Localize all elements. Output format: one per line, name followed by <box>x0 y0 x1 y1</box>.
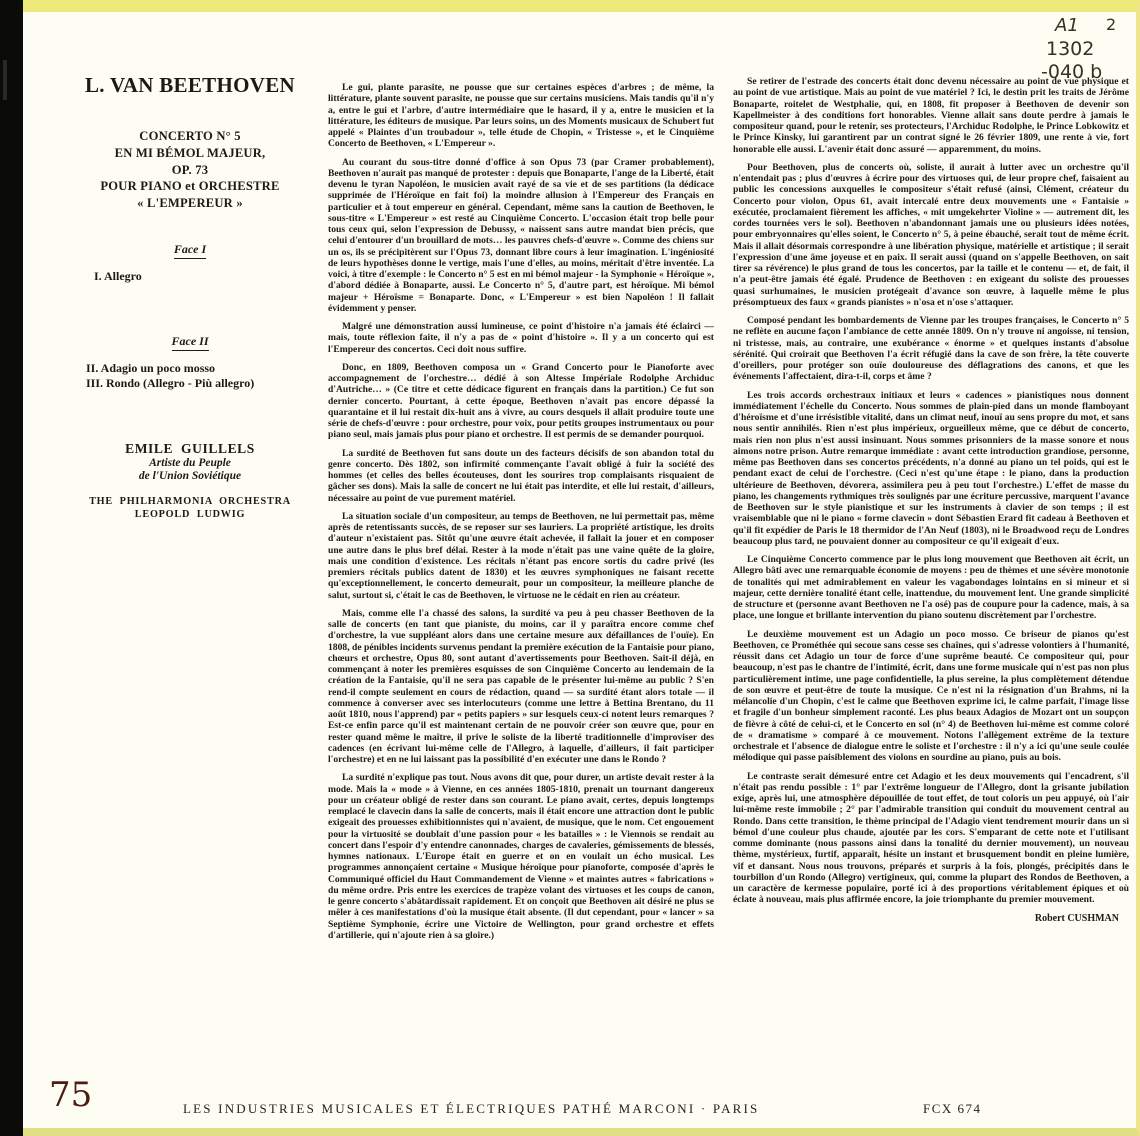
soloist-title-line: de l'Union Soviétique <box>70 470 310 483</box>
handwritten-note: 1302 <box>1046 38 1094 60</box>
handwritten-note: 2 <box>1106 15 1116 34</box>
liner-note-paragraph: Composé pendant les bombardements de Vie… <box>733 315 1129 383</box>
work-title-line: CONCERTO N° 5 <box>70 128 310 145</box>
face-title: Face I <box>174 242 206 259</box>
soloist-name: EMILE GUILLELS <box>70 441 310 457</box>
liner-note-paragraph: La surdité de Beethoven fut sans doute u… <box>328 448 714 504</box>
work-title-line: EN MI BÉMOL MAJEUR, <box>70 145 310 162</box>
catalog-number: FCX 674 <box>923 1101 982 1117</box>
liner-note-paragraph: Le gui, plante parasite, ne pousse que s… <box>328 82 714 150</box>
conductor-name: LEOPOLD LUDWIG <box>70 508 310 521</box>
track-item: II. Adagio un poco mosso <box>70 361 310 376</box>
work-title-line: OP. 73 <box>70 162 310 179</box>
handwritten-note: A1 <box>1055 15 1079 36</box>
composer-name: L. VAN BEETHOVEN <box>70 72 310 98</box>
publisher-footer: LES INDUSTRIES MUSICALES ET ÉLECTRIQUES … <box>183 1101 1083 1117</box>
track-list: II. Adagio un poco mosso III. Rondo (All… <box>70 361 310 391</box>
soloist-title-line: Artiste du Peuple <box>70 457 310 470</box>
record-sleeve-back: L. VAN BEETHOVEN CONCERTO N° 5 EN MI BÉM… <box>23 0 1140 1136</box>
liner-note-paragraph: Mais, comme elle l'a chassé des salons, … <box>328 608 714 766</box>
liner-note-paragraph: La situation sociale d'un compositeur, a… <box>328 511 714 601</box>
liner-notes-column-middle: Le gui, plante parasite, ne pousse que s… <box>328 82 714 948</box>
liner-note-paragraph: La surdité n'explique pas tout. Nous avo… <box>328 772 714 941</box>
face-title: Face II <box>172 334 209 351</box>
liner-notes-column-right: Se retirer de l'estrade des concerts éta… <box>733 76 1129 924</box>
liner-note-paragraph: Se retirer de l'estrade des concerts éta… <box>733 76 1129 155</box>
credits-column: L. VAN BEETHOVEN CONCERTO N° 5 EN MI BÉM… <box>70 72 310 521</box>
work-title-line: POUR PIANO et ORCHESTRE <box>70 178 310 195</box>
track-item: III. Rondo (Allegro - Più allegro) <box>70 376 310 391</box>
liner-note-paragraph: Donc, en 1809, Beethoven composa un « Gr… <box>328 362 714 441</box>
liner-note-paragraph: Malgré une démonstration aussi lumineuse… <box>328 321 714 355</box>
liner-note-paragraph: Pour Beethoven, plus de concerts où, sol… <box>733 162 1129 308</box>
handwritten-note: 75 <box>49 1075 92 1115</box>
track-item: I. Allegro <box>70 269 310 284</box>
liner-note-paragraph: Le Cinquième Concerto commence par le pl… <box>733 554 1129 622</box>
track-list: I. Allegro <box>70 269 310 284</box>
liner-note-paragraph: Le deuxième mouvement est un Adagio un p… <box>733 629 1129 764</box>
liner-note-paragraph: Les trois accords orchestraux initiaux e… <box>733 390 1129 548</box>
publisher-name: LES INDUSTRIES MUSICALES ET ÉLECTRIQUES … <box>183 1101 760 1116</box>
spine-edge <box>3 60 7 100</box>
face-2: Face II II. Adagio un poco mosso III. Ro… <box>70 304 310 391</box>
work-title-line: « L'EMPEREUR » <box>70 195 310 212</box>
work-title: CONCERTO N° 5 EN MI BÉMOL MAJEUR, OP. 73… <box>70 128 310 212</box>
face-1: Face I I. Allegro <box>70 212 310 284</box>
orchestra-credit: THE PHILHARMONIA ORCHESTRA LEOPOLD LUDWI… <box>70 495 310 521</box>
handwritten-note: -040 b <box>1041 61 1102 83</box>
orchestra-name: THE PHILHARMONIA ORCHESTRA <box>70 495 310 508</box>
liner-note-paragraph: Le contraste serait démesuré entre cet A… <box>733 771 1129 906</box>
author-signature: Robert CUSHMAN <box>733 913 1129 924</box>
liner-note-paragraph: Au courant du sous-titre donné d'office … <box>328 157 714 315</box>
